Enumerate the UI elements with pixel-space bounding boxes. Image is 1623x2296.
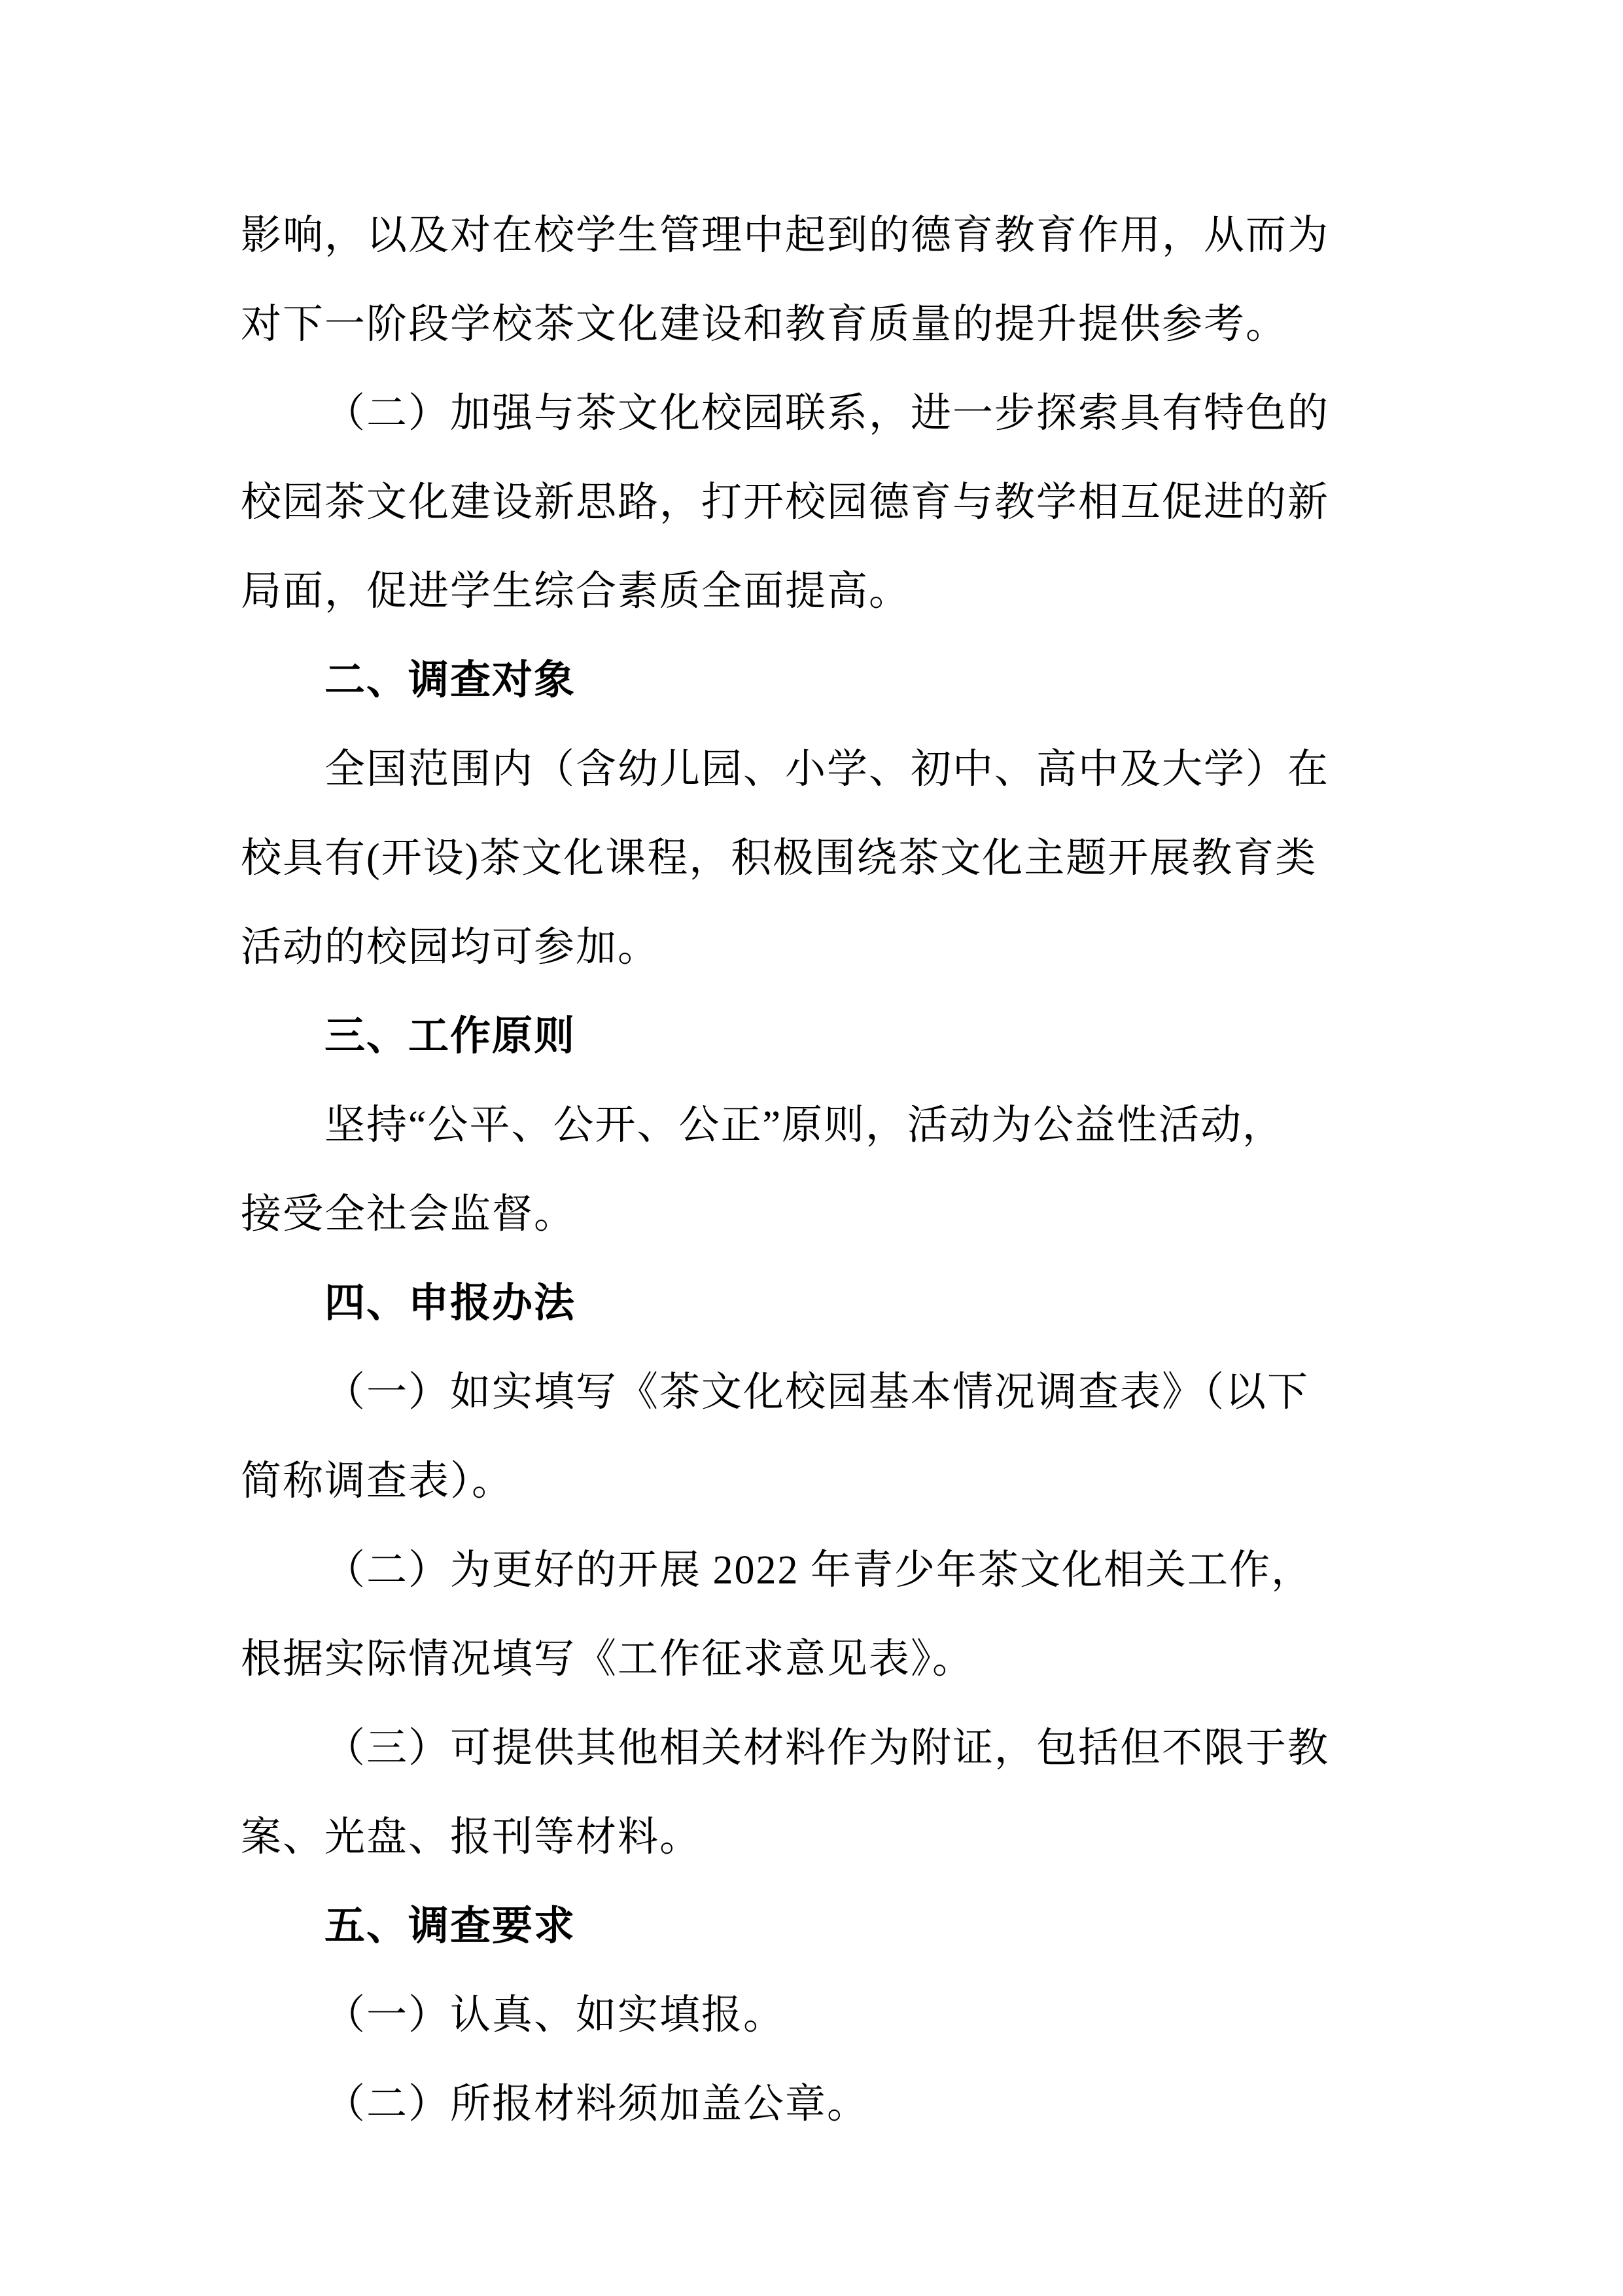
text-line: （三）可提供其他相关材料作为附证，包括但不限于教 [241, 1704, 1382, 1793]
text-line: （二）为更好的开展 2022 年青少年茶文化相关工作， [241, 1526, 1382, 1615]
text-line: （一）如实填写《茶文化校园基本情况调查表》（以下 [241, 1348, 1382, 1437]
text-line: 全国范围内（含幼儿园、小学、初中、高中及大学）在 [241, 725, 1382, 814]
text-line: 案、光盘、报刊等材料。 [241, 1793, 1382, 1882]
text-line: （二）所报材料须加盖公章。 [241, 2060, 1382, 2149]
text-line: 影响，以及对在校学生管理中起到的德育教育作用，从而为 [241, 191, 1382, 280]
text-line: 对下一阶段学校茶文化建设和教育质量的提升提供参考。 [241, 280, 1382, 369]
text-line: （一）认真、如实填报。 [241, 1971, 1382, 2060]
document-page: 影响，以及对在校学生管理中起到的德育教育作用，从而为对下一阶段学校茶文化建设和教… [0, 0, 1623, 2296]
text-line: 校具有(开设)茶文化课程，积极围绕茶文化主题开展教育类 [241, 814, 1382, 903]
text-line: 简称调查表）。 [241, 1437, 1382, 1526]
text-line: （二）加强与茶文化校园联系，进一步探索具有特色的 [241, 369, 1382, 458]
text-line: 活动的校园均可参加。 [241, 903, 1382, 992]
text-line: 局面，促进学生综合素质全面提高。 [241, 547, 1382, 636]
section-heading: 三、工作原则 [241, 992, 1382, 1081]
text-line: 校园茶文化建设新思路，打开校园德育与教学相互促进的新 [241, 458, 1382, 547]
document-body: 影响，以及对在校学生管理中起到的德育教育作用，从而为对下一阶段学校茶文化建设和教… [241, 191, 1382, 2149]
section-heading: 四、申报办法 [241, 1259, 1382, 1348]
section-heading: 五、调查要求 [241, 1882, 1382, 1971]
text-line: 坚持“公平、公开、公正”原则，活动为公益性活动， [241, 1081, 1382, 1170]
section-heading: 二、调查对象 [241, 636, 1382, 725]
text-line: 接受全社会监督。 [241, 1170, 1382, 1259]
text-line: 根据实际情况填写《工作征求意见表》。 [241, 1615, 1382, 1704]
